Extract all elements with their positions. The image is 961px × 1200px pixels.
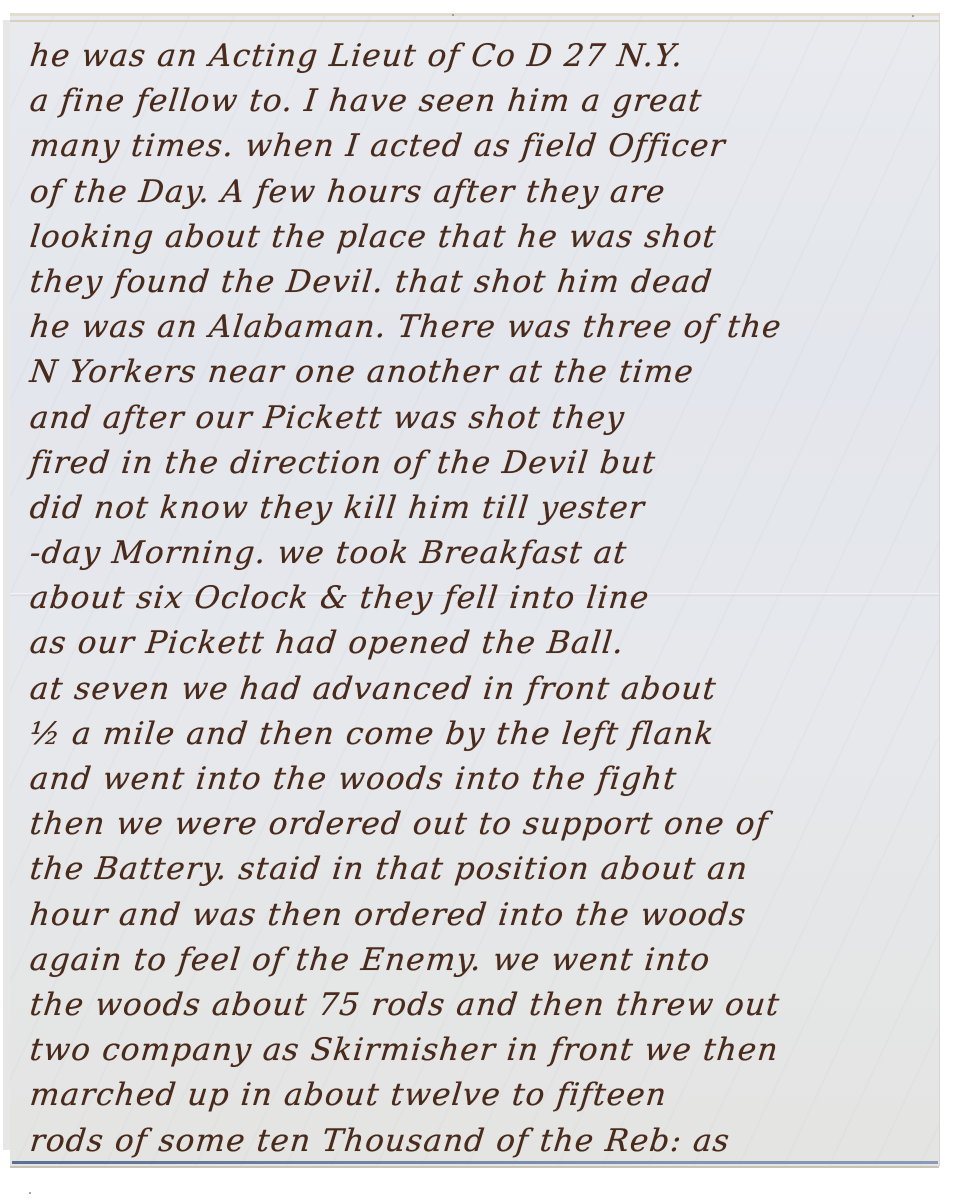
text-line-17: and went into the woods into the fight bbox=[28, 757, 943, 802]
paper-speck bbox=[452, 14, 454, 16]
text-line-16: ½ a mile and then come by the left flank bbox=[28, 712, 943, 757]
text-line-18: then we were ordered out to support one … bbox=[28, 802, 943, 847]
text-line-12: -day Morning. we took Breakfast at bbox=[28, 531, 943, 576]
text-line-24: marched up in about twelve to fifteen bbox=[28, 1073, 943, 1118]
text-line-7: he was an Alabaman. There was three of t… bbox=[28, 305, 943, 350]
text-line-23: two company as Skirmisher in front we th… bbox=[28, 1028, 943, 1073]
text-line-8: N Yorkers near one another at the time bbox=[28, 350, 943, 395]
text-line-6: they found the Devil. that shot him dead bbox=[28, 260, 943, 305]
text-line-4: of the Day. A few hours after they are bbox=[28, 170, 943, 215]
text-line-25: rods of some ten Thousand of the Reb: as bbox=[28, 1119, 943, 1164]
text-line-14: as our Pickett had opened the Ball. bbox=[28, 621, 943, 666]
text-line-11: did not know they kill him till yester bbox=[28, 486, 943, 531]
text-line-9: and after our Pickett was shot they bbox=[28, 396, 943, 441]
text-line-10: fired in the direction of the Devil but bbox=[28, 441, 943, 486]
text-line-5: looking about the place that he was shot bbox=[28, 215, 943, 260]
handwritten-text: he was an Acting Lieut of Co D 27 N.Y. a… bbox=[30, 34, 940, 1164]
text-line-19: the Battery. staid in that position abou… bbox=[28, 847, 943, 892]
paper-speck bbox=[29, 1192, 31, 1194]
text-line-20: hour and was then ordered into the woods bbox=[28, 893, 943, 938]
text-line-1: he was an Acting Lieut of Co D 27 N.Y. bbox=[28, 34, 943, 79]
paper-speck bbox=[912, 15, 914, 17]
text-line-13: about six Oclock & they fell into line bbox=[28, 576, 943, 621]
text-line-3: many times. when I acted as field Office… bbox=[28, 124, 943, 169]
text-line-22: the woods about 75 rods and then threw o… bbox=[28, 983, 943, 1028]
text-line-21: again to feel of the Enemy. we went into bbox=[28, 938, 943, 983]
top-fold-line bbox=[10, 20, 939, 22]
text-line-15: at seven we had advanced in front about bbox=[28, 667, 943, 712]
text-line-2: a fine fellow to. I have seen him a grea… bbox=[28, 79, 943, 124]
